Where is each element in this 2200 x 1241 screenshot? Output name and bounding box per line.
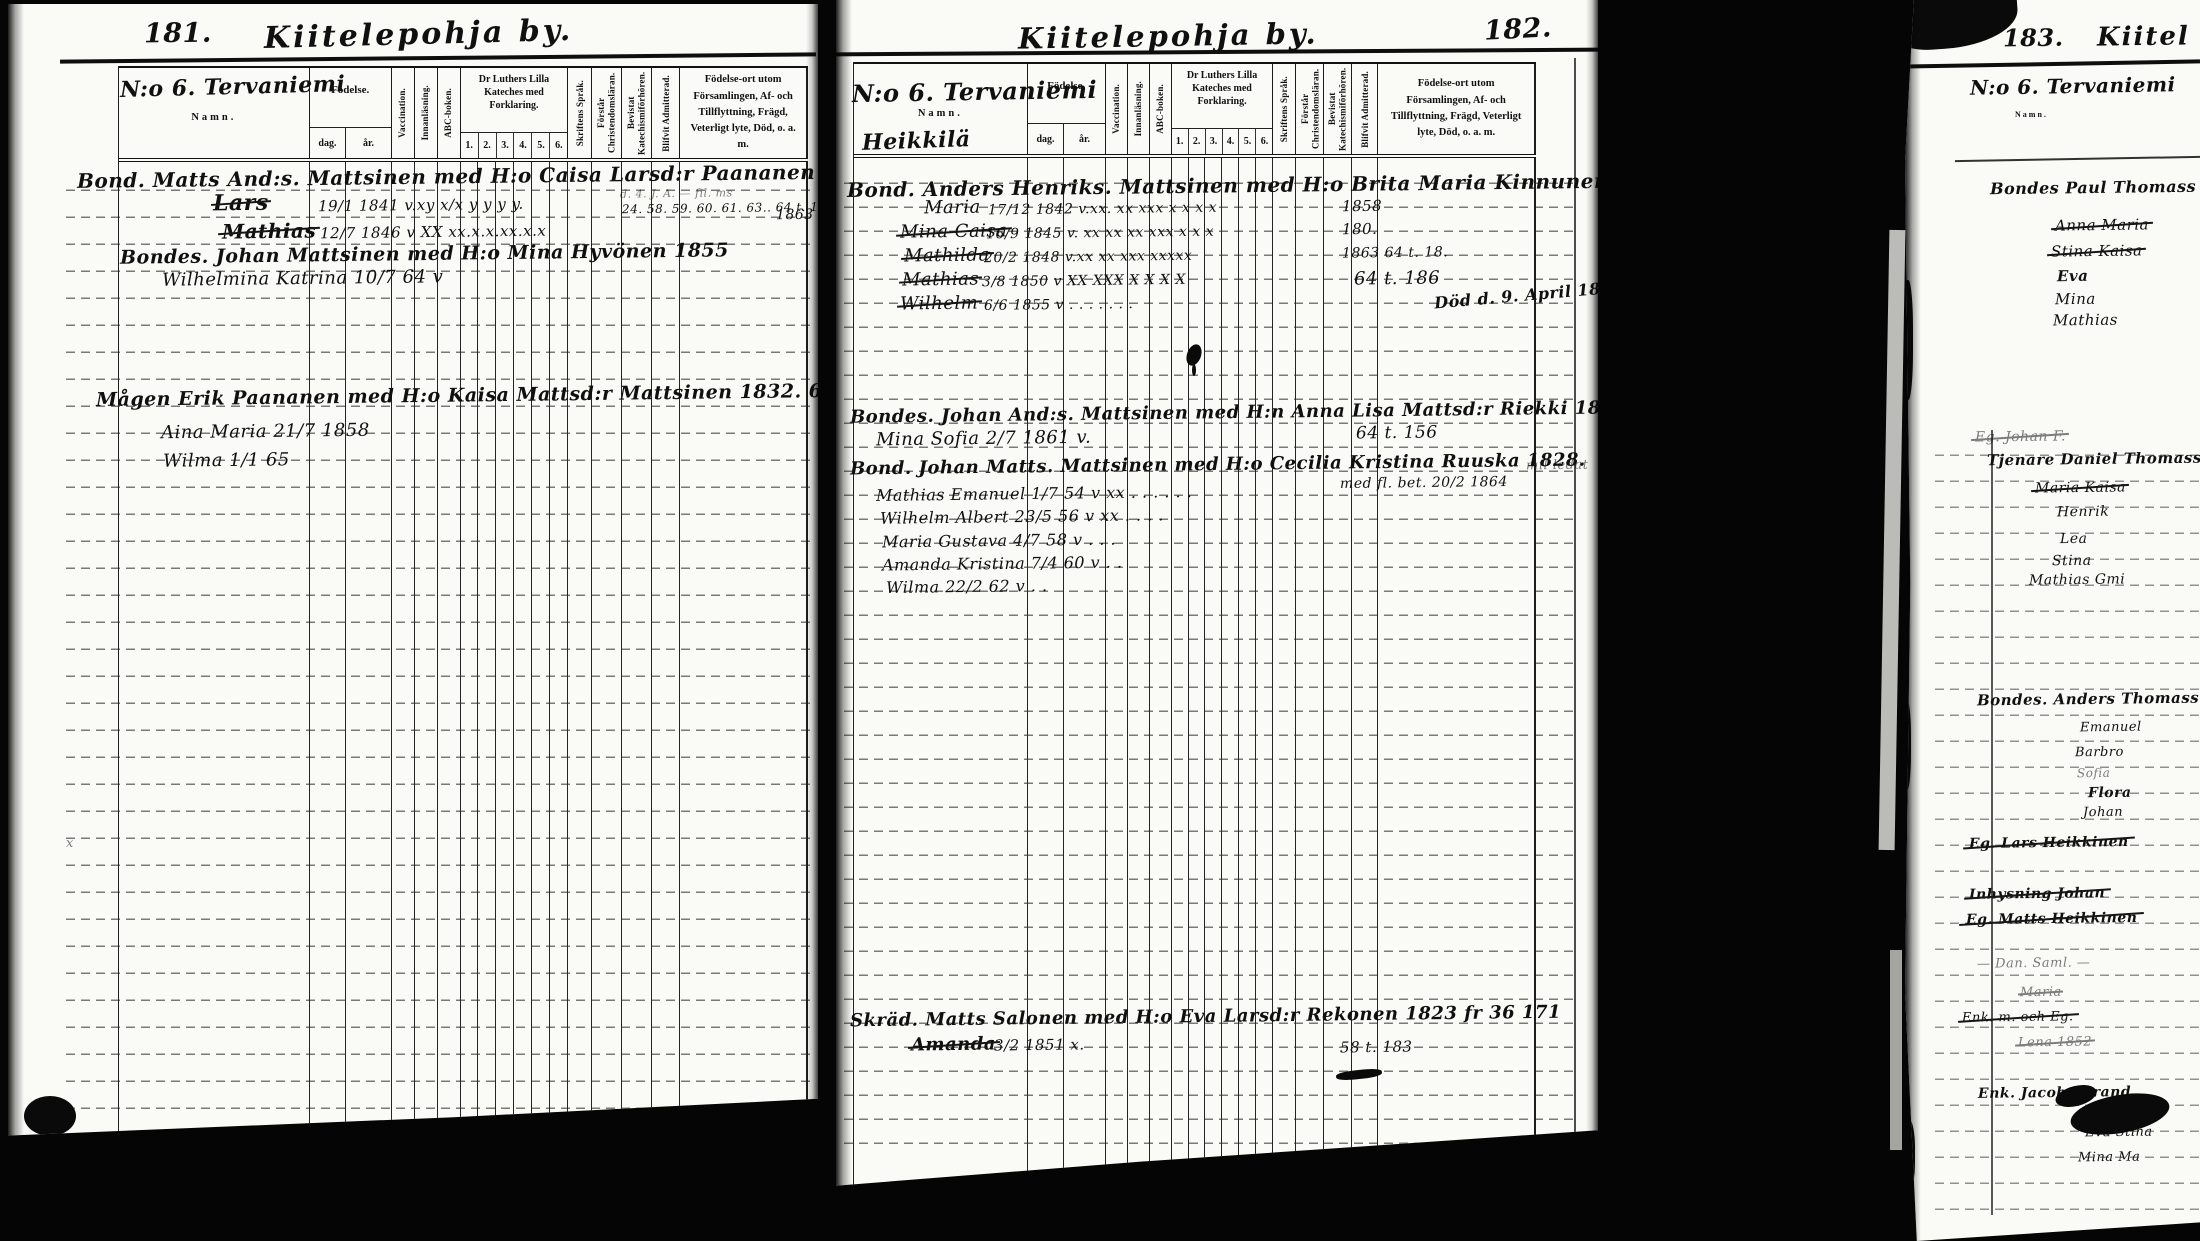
handwritten-mark: x [66, 837, 74, 850]
handwritten-entry: Eg. Lars Heikkinen [1969, 835, 2129, 851]
village-title: Kiitelepohja by. [1018, 19, 1319, 53]
handwritten-entry: Lars [213, 192, 269, 215]
handwritten-entry: Maria [2020, 986, 2062, 1000]
torn-paper-edge [1879, 230, 1906, 850]
handwritten-entry: Flora [2088, 786, 2132, 801]
handwritten-entry: Wilhelm Albert 23/5 56 v xx . . . . [880, 507, 1164, 526]
handwritten-entry: Mathias [222, 220, 316, 241]
column-header-admitted: Blifvit Admitterad. [651, 68, 679, 158]
handwritten-entry: Mina [2055, 292, 2096, 307]
column-header-attended-examination: Bevistat Katechismiförhören. [1323, 64, 1351, 154]
handwritten-entry: Stina [2052, 554, 2092, 568]
handwritten-entry: Bondes. Anders Thomass [1977, 691, 2199, 709]
handwritten-entry: Amanda [911, 1035, 996, 1054]
handwritten-note: 1858 [1342, 199, 1382, 214]
page-number: 181. [144, 20, 212, 48]
column-header-attended-examination: Bevistat Katechismiförhören. [621, 68, 651, 158]
page-number: 182. [1483, 14, 1552, 45]
handwritten-marks: 12/7 1846 v XX xx.x.x.xx.x.x [320, 224, 546, 242]
column-header-scripture-language: Skriftens Språk. [1272, 64, 1295, 154]
page-182: Kiitelepohja by. 182. N:o 6. Tervaniemi … [836, 0, 1598, 1205]
title-rule [60, 52, 816, 63]
birth-day-label: dag. [310, 128, 346, 158]
handwritten-entry: Eg. Johan F. [1975, 429, 2066, 444]
scanned-church-record: 181. Kiitelepohja by. N:o 6. Tervaniemi … [0, 0, 2200, 1241]
handwritten-entry: Wilma 1/1 65 [163, 451, 290, 471]
handwritten-entry: Inhysning Johan [1969, 886, 2105, 902]
handwritten-entry: Henrik [2057, 505, 2109, 520]
column-header-abc-book: ABC-boken. [437, 68, 460, 158]
handwritten-note: 180. [1342, 222, 1378, 237]
handwritten-note: 64 t. 186 [1354, 269, 1440, 288]
handwritten-marks: 6/6 1855 v . . . . . . . [984, 297, 1133, 313]
handwritten-entry: Wilhelmina Katrina 10/7 64 v [162, 268, 444, 289]
name-column-label: Namn. [2015, 110, 2048, 119]
handwritten-entry: Mathias [902, 271, 979, 290]
title-rule [1905, 59, 2200, 68]
column-header-notes: Födelse-ort utom Församlingen, Af- och T… [1377, 64, 1536, 154]
catechism-subcolumns: 1.2.3.4.5.6. [461, 132, 568, 158]
ink-blot [1192, 364, 1196, 376]
header-rule [1955, 156, 2200, 162]
handwritten-entry: Maria Gustava 4/7 58 v . . . [882, 532, 1116, 551]
handwritten-entry: Enk. m. och Eg. [1962, 1010, 2074, 1024]
handwritten-entry: — Dan. Saml. — [1977, 956, 2091, 970]
handwritten-entry: Mathias [2053, 313, 2118, 329]
handwritten-entry: Tjenare Daniel Thomass [1987, 451, 2200, 469]
handwritten-note: mil ledat [1526, 459, 1589, 473]
torn-edge-mark [1905, 1120, 1915, 1190]
page-edge-line [1574, 58, 1576, 1175]
handwritten-entry: Lea [2060, 532, 2088, 546]
column-header-abc-book: ABC-boken. [1149, 64, 1171, 154]
handwritten-entry: Barbro [2075, 746, 2124, 760]
handwritten-marks: 19/1 1841 v.xy x/x y y y y. [318, 197, 524, 215]
handwritten-marks: 20/2 1848 v.xx xx xxx xxxxx [984, 249, 1192, 266]
handwritten-entry: Mathilda [904, 246, 990, 265]
column-header-vaccination: Vaccination. [1105, 64, 1127, 154]
handwritten-entry: Mina Ma [2078, 1151, 2140, 1165]
table-body-grid [119, 162, 808, 1154]
birth-year-label: år. [1063, 124, 1104, 154]
village-title-partial: Kiitel [2097, 23, 2190, 50]
handwritten-entry: Wilhelm [900, 295, 978, 314]
handwritten-entry: Emanuel [2080, 721, 2142, 735]
section-heading: N:o 6. Tervaniemi [852, 78, 1097, 106]
column-header-understands-doctrine: Förstår Christendomsläran. [591, 68, 621, 158]
birth-year-label: år. [345, 128, 390, 158]
handwritten-note: 58 t. 183 [1340, 1040, 1413, 1056]
column-header-notes: Födelse-ort utom Församlingen, Af- och T… [679, 68, 808, 158]
village-title: Kiitelepohja by. [264, 16, 574, 54]
handwritten-entry: Anna Maria [2055, 217, 2149, 233]
column-header-vaccination: Vaccination. [391, 68, 414, 158]
handwritten-entry: Aina Maria 21/7 1858 [161, 422, 370, 443]
torn-paper-edge [1890, 950, 1902, 1150]
handwritten-entry: Sofia [2077, 767, 2111, 779]
handwritten-marks: 3/8 1850 v XX XXX X X X X [982, 273, 1186, 289]
column-header-catechism: Dr Luthers Lilla Kateches med Forklaring… [460, 68, 568, 158]
handwritten-entry: Wilma 22/2 62 v . . [886, 578, 1048, 596]
handwritten-marks: 16/9 1845 v. xx xx xx xxx x x x [986, 225, 1214, 242]
handwritten-note: d. 4. J. A. — fil. ms [620, 187, 733, 199]
section-heading: N:o 6. Tervaniemi [120, 73, 346, 101]
handwritten-entry: Eva [2057, 269, 2089, 284]
handwritten-entry: Mina Sofia 2/7 1861 v. [876, 429, 1091, 450]
farm-heading: Heikkilä [862, 128, 971, 154]
handwritten-entry: Mathias Emanuel 1/7 54 v xx . . . . . . [876, 484, 1192, 504]
handwritten-entry: Lena 1852 [2018, 1036, 2092, 1050]
handwritten-note: 1863 [776, 208, 814, 222]
handwritten-note: med fl. bet. 20/2 1864 [1340, 475, 1508, 491]
section-heading: N:o 6. Tervaniemi [1970, 74, 2176, 98]
column-header-reading: Innanläsning. [414, 68, 437, 158]
handwritten-note: 64 t. 156 [1356, 425, 1438, 443]
column-header-catechism: Dr Luthers Lilla Kateches med Forklaring… [1171, 64, 1273, 154]
handwritten-entry: Maria [924, 199, 981, 218]
handwritten-entry: Bondes Paul Thomass [1990, 179, 2196, 198]
page-number: 183. [2003, 26, 2064, 51]
page-183-partial: 183. Kiitel N:o 6. Tervaniemi Namn. Bond… [1905, 0, 2200, 1241]
handwritten-entry: Mathias Gmi [2029, 572, 2125, 587]
handwritten-marks: 3/2 1851 x. [994, 1037, 1085, 1053]
handwritten-entry: Eg. Matts Heikkinen [1966, 911, 2138, 927]
torn-edge-mark [1905, 700, 1911, 790]
handwritten-note: 1863 64 t. 18. [1342, 245, 1448, 260]
ink-blot [24, 1096, 76, 1136]
page-181: 181. Kiitelepohja by. N:o 6. Tervaniemi … [8, 4, 818, 1154]
column-header-understands-doctrine: Förstår Christendomsläran. [1295, 64, 1323, 154]
handwritten-entry: Stina Kaisa [2051, 243, 2143, 259]
handwritten-marks: 17/12 1842 v.xx. xx xxx x x x x [988, 201, 1217, 218]
handwritten-entry: Johan [2083, 806, 2123, 819]
column-header-scripture-language: Skriftens Språk. [567, 68, 591, 158]
handwritten-entry: Amanda Kristina 7/4 60 v . . [882, 555, 1123, 574]
catechism-subcolumns: 1.2.3.4.5.6. [1172, 128, 1273, 154]
handwritten-entry: Maria Kaisa [2035, 480, 2126, 495]
column-header-admitted: Blifvit Admitterad. [1351, 64, 1377, 154]
torn-edge-mark [1905, 280, 1913, 400]
birth-day-label: dag. [1028, 124, 1064, 154]
column-header-reading: Innanläsning. [1127, 64, 1149, 154]
